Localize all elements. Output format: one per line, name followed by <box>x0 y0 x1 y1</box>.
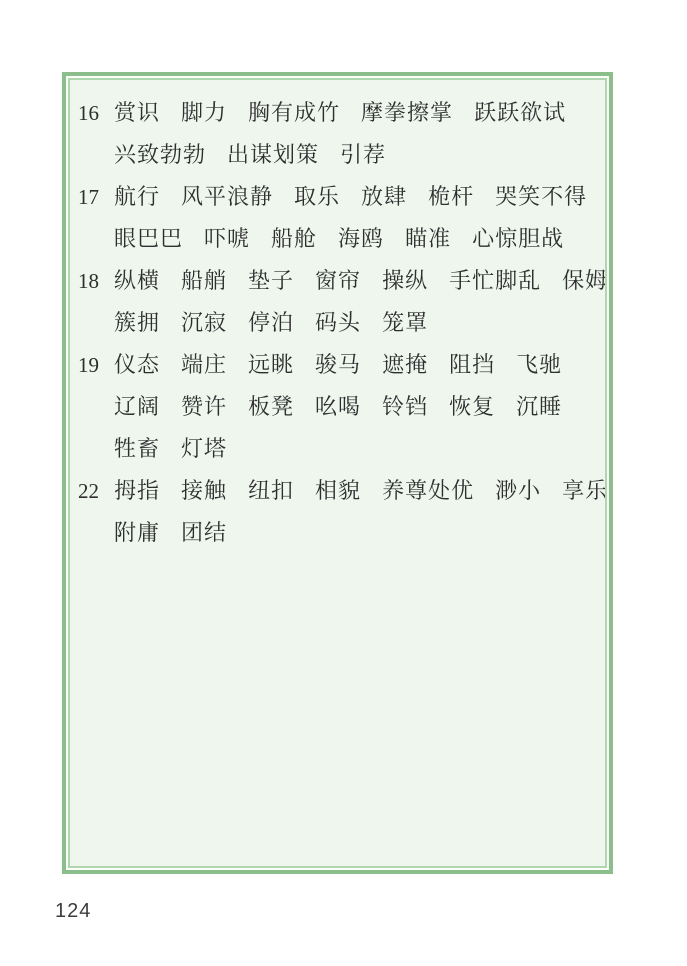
word: 放肆 <box>361 176 407 218</box>
word: 桅杆 <box>428 176 474 218</box>
word: 垫子 <box>248 260 294 302</box>
word: 接触 <box>181 470 227 512</box>
word: 仪态 <box>114 344 160 386</box>
word: 船艄 <box>181 260 227 302</box>
word: 胸有成竹 <box>248 92 340 134</box>
lesson-number: 18 <box>78 260 114 302</box>
word: 辽阔 <box>114 386 160 428</box>
word-line: 仪态端庄远眺骏马遮掩阻挡飞驰 <box>114 344 562 386</box>
word: 簇拥 <box>114 302 160 344</box>
word: 脚力 <box>181 92 227 134</box>
word: 哭笑不得 <box>495 176 587 218</box>
word-list: 16赏识脚力胸有成竹摩拳擦掌跃跃欲试兴致勃勃出谋划策引荐17航行风平浪静取乐放肆… <box>70 80 605 554</box>
word-line: 附庸团结 <box>114 512 227 554</box>
word-line: 拇指接触纽扣相貌养尊处优渺小享乐 <box>114 470 607 512</box>
word: 恢复 <box>449 386 495 428</box>
word: 阻挡 <box>449 344 495 386</box>
word: 码头 <box>315 302 361 344</box>
word: 板凳 <box>248 386 294 428</box>
word: 远眺 <box>248 344 294 386</box>
word: 风平浪静 <box>181 176 273 218</box>
word: 纽扣 <box>248 470 294 512</box>
lesson-row: 16赏识脚力胸有成竹摩拳擦掌跃跃欲试 <box>78 92 591 134</box>
word: 摩拳擦掌 <box>361 92 453 134</box>
word: 兴致勃勃 <box>114 134 206 176</box>
word: 纵横 <box>114 260 160 302</box>
word: 渺小 <box>495 470 541 512</box>
word-line: 兴致勃勃出谋划策引荐 <box>114 134 386 176</box>
word-line: 眼巴巴吓唬船舱海鸥瞄准心惊胆战 <box>114 218 564 260</box>
word: 吆喝 <box>315 386 361 428</box>
word: 赞许 <box>181 386 227 428</box>
lesson-number: 16 <box>78 92 114 134</box>
lesson-number: 22 <box>78 470 114 512</box>
word: 航行 <box>114 176 160 218</box>
lesson-row: 眼巴巴吓唬船舱海鸥瞄准心惊胆战 <box>78 218 591 260</box>
lesson-row: 牲畜灯塔 <box>78 428 591 470</box>
word: 跃跃欲试 <box>474 92 566 134</box>
word: 操纵 <box>382 260 428 302</box>
word: 出谋划策 <box>227 134 319 176</box>
lesson-number: 19 <box>78 344 114 386</box>
word-line: 辽阔赞许板凳吆喝铃铛恢复沉睡 <box>114 386 562 428</box>
word-line: 牲畜灯塔 <box>114 428 227 470</box>
word: 眼巴巴 <box>114 218 183 260</box>
word: 心惊胆战 <box>472 218 564 260</box>
word: 吓唬 <box>204 218 250 260</box>
lesson-row: 18纵横船艄垫子窗帘操纵手忙脚乱保姆 <box>78 260 591 302</box>
word-line: 纵横船艄垫子窗帘操纵手忙脚乱保姆 <box>114 260 607 302</box>
word: 船舱 <box>271 218 317 260</box>
word-line: 赏识脚力胸有成竹摩拳擦掌跃跃欲试 <box>114 92 566 134</box>
word: 笼罩 <box>382 302 428 344</box>
lesson-row: 22拇指接触纽扣相貌养尊处优渺小享乐 <box>78 470 591 512</box>
word: 停泊 <box>248 302 294 344</box>
word: 窗帘 <box>315 260 361 302</box>
word: 牲畜 <box>114 428 160 470</box>
word: 灯塔 <box>181 428 227 470</box>
word: 海鸥 <box>338 218 384 260</box>
word: 骏马 <box>315 344 361 386</box>
word: 赏识 <box>114 92 160 134</box>
word: 拇指 <box>114 470 160 512</box>
word: 养尊处优 <box>382 470 474 512</box>
lesson-row: 辽阔赞许板凳吆喝铃铛恢复沉睡 <box>78 386 591 428</box>
word: 铃铛 <box>382 386 428 428</box>
textbook-page: 16赏识脚力胸有成竹摩拳擦掌跃跃欲试兴致勃勃出谋划策引荐17航行风平浪静取乐放肆… <box>0 0 687 966</box>
lesson-row: 19仪态端庄远眺骏马遮掩阻挡飞驰 <box>78 344 591 386</box>
word: 遮掩 <box>382 344 428 386</box>
word: 端庄 <box>181 344 227 386</box>
word-list-frame: 16赏识脚力胸有成竹摩拳擦掌跃跃欲试兴致勃勃出谋划策引荐17航行风平浪静取乐放肆… <box>62 72 613 874</box>
word-line: 簇拥沉寂停泊码头笼罩 <box>114 302 428 344</box>
word: 团结 <box>181 512 227 554</box>
lesson-row: 附庸团结 <box>78 512 591 554</box>
word: 飞驰 <box>516 344 562 386</box>
word-list-frame-inner: 16赏识脚力胸有成竹摩拳擦掌跃跃欲试兴致勃勃出谋划策引荐17航行风平浪静取乐放肆… <box>68 78 607 868</box>
word: 引荐 <box>340 134 386 176</box>
word: 瞄准 <box>405 218 451 260</box>
lesson-row: 兴致勃勃出谋划策引荐 <box>78 134 591 176</box>
word: 沉寂 <box>181 302 227 344</box>
word: 保姆 <box>562 260 607 302</box>
lesson-row: 簇拥沉寂停泊码头笼罩 <box>78 302 591 344</box>
word: 附庸 <box>114 512 160 554</box>
lesson-number: 17 <box>78 176 114 218</box>
word: 相貌 <box>315 470 361 512</box>
word: 手忙脚乱 <box>449 260 541 302</box>
word: 沉睡 <box>516 386 562 428</box>
word-line: 航行风平浪静取乐放肆桅杆哭笑不得 <box>114 176 587 218</box>
word: 取乐 <box>294 176 340 218</box>
page-number: 124 <box>55 900 91 923</box>
word: 享乐 <box>562 470 607 512</box>
lesson-row: 17航行风平浪静取乐放肆桅杆哭笑不得 <box>78 176 591 218</box>
